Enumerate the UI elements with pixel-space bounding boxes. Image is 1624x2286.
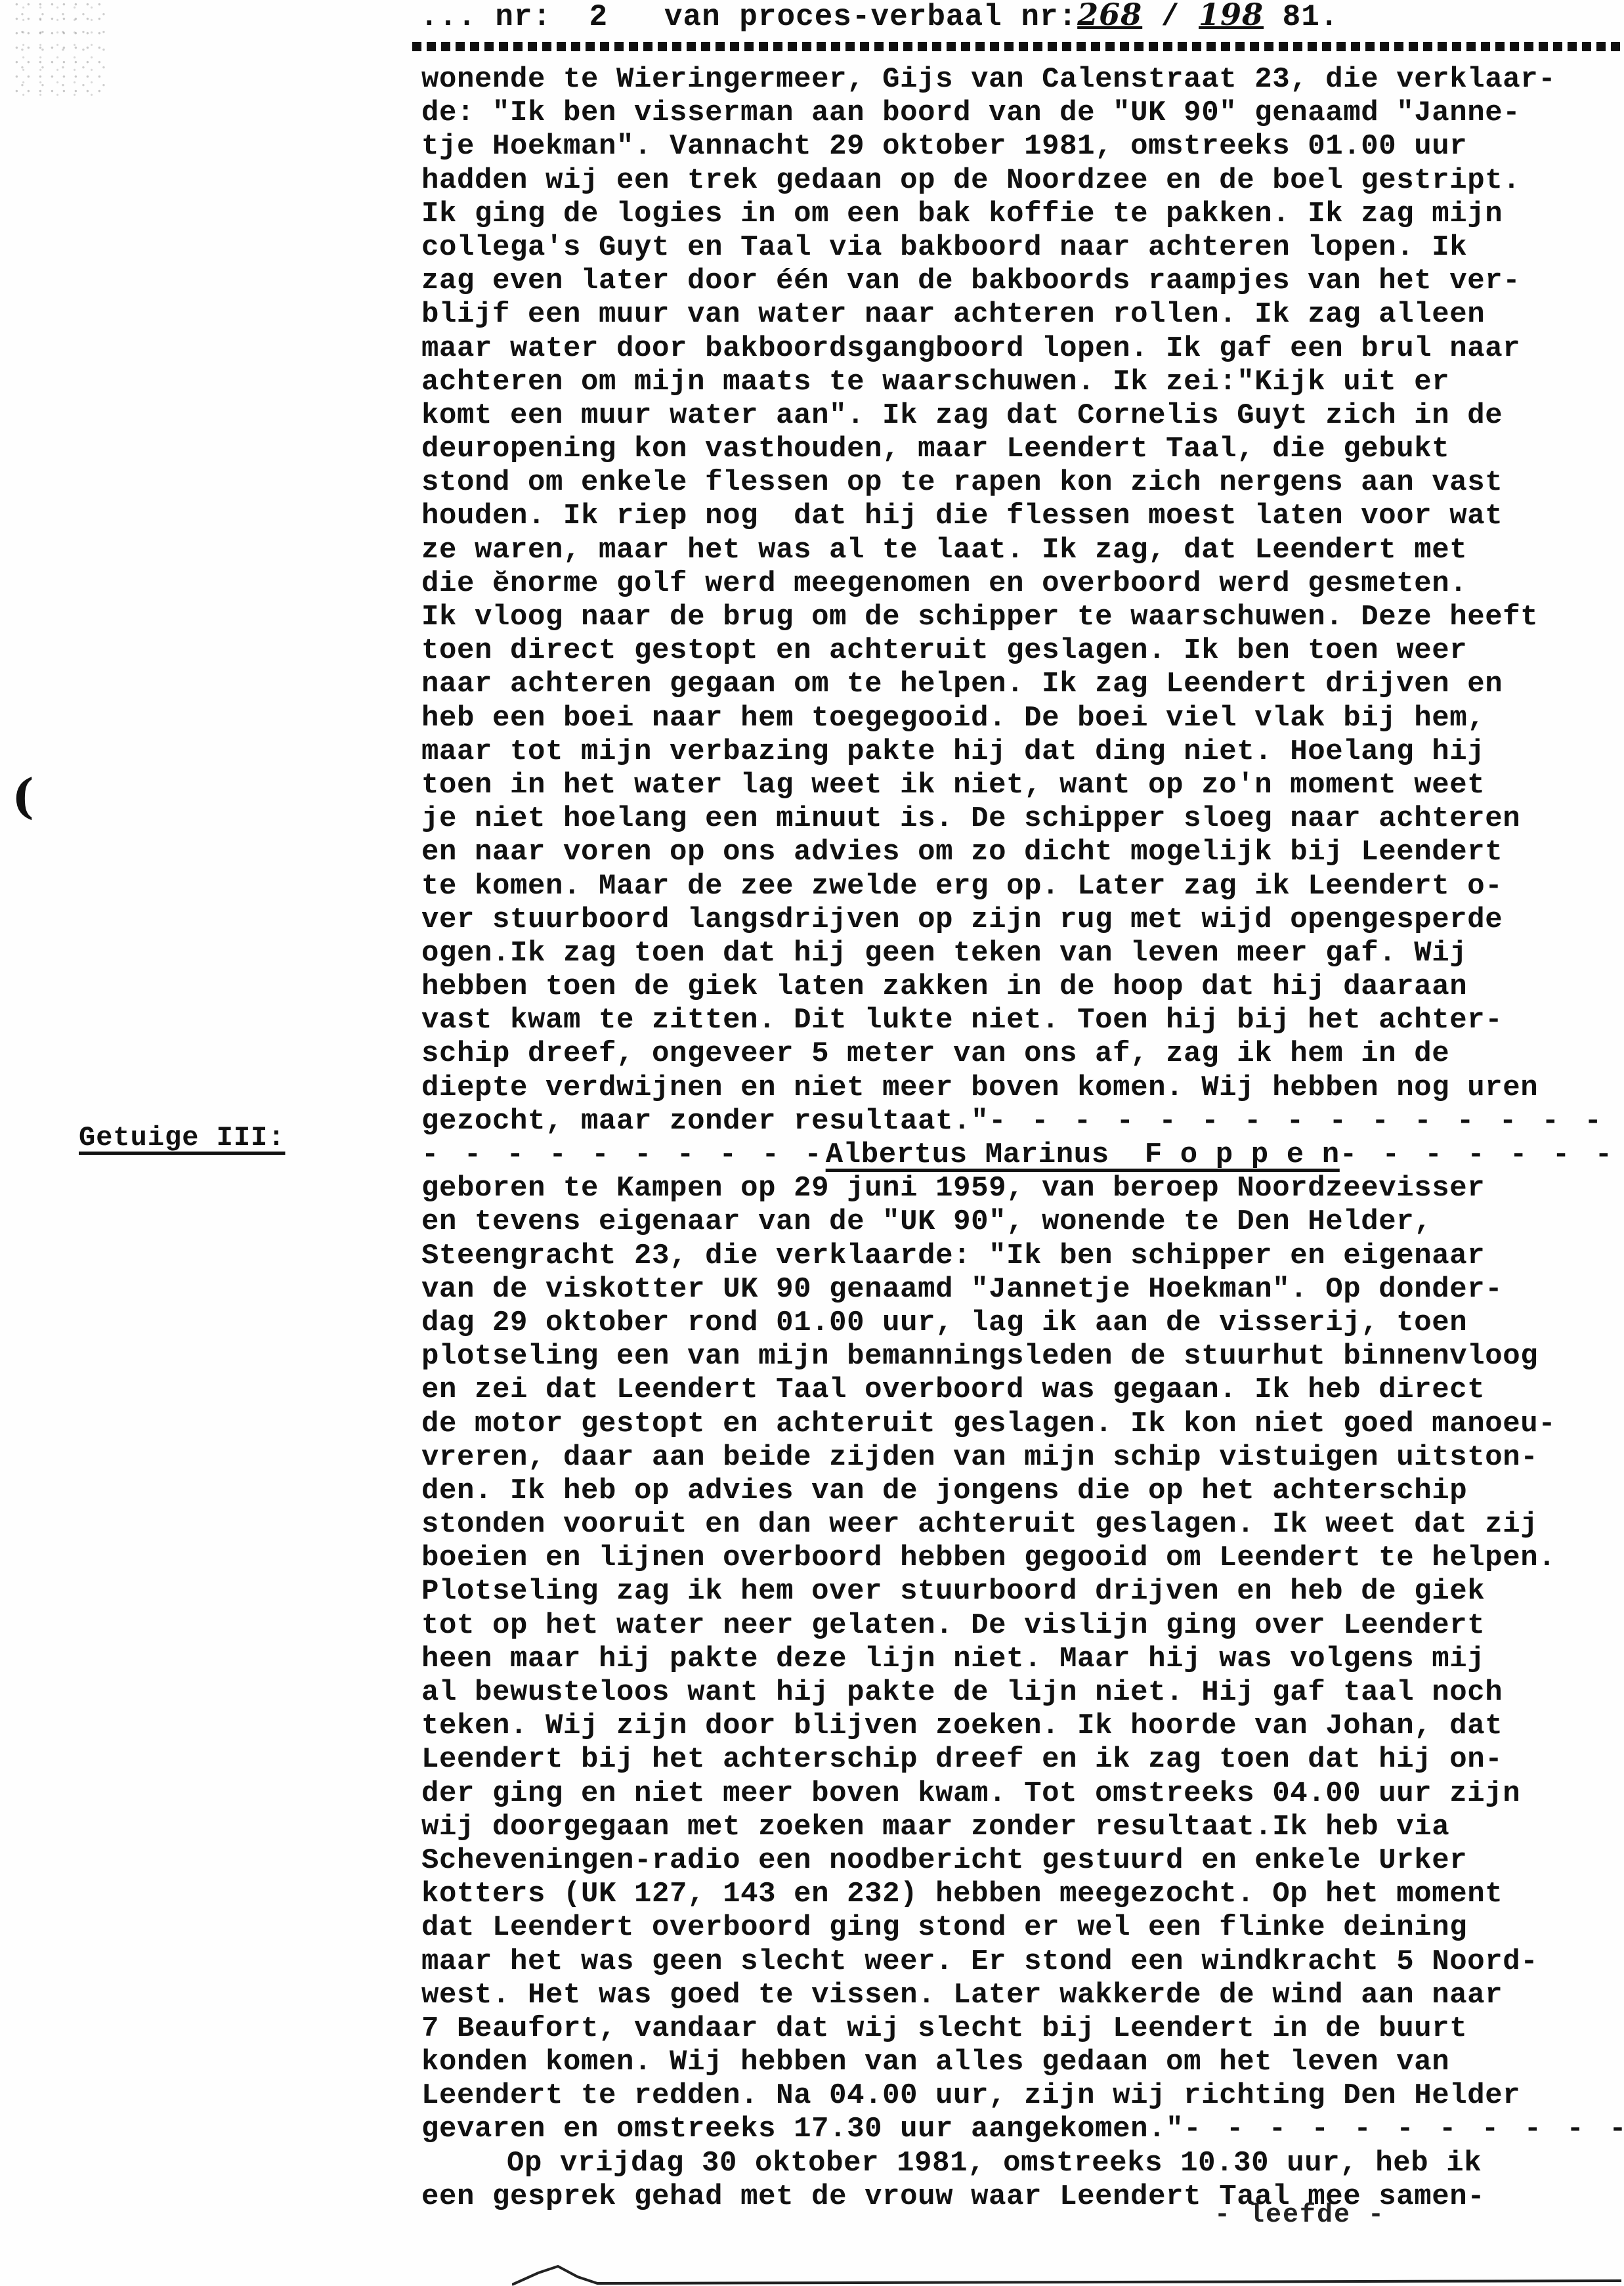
text-line: vreren, daar aan beide zijden van mijn s… xyxy=(421,1441,1623,1475)
text-line: Op vrijdag 30 oktober 1981, omstreeks 10… xyxy=(421,2147,1623,2180)
header-separator: / xyxy=(1142,0,1199,34)
text-line: en tevens eigenaar van de "UK 90", wonen… xyxy=(421,1205,1623,1239)
text-line: ze waren, maar het was al te laat. Ik za… xyxy=(421,534,1623,567)
text-line: die ĕnorme golf werd meegenomen en overb… xyxy=(421,567,1623,601)
pv-sequence-handwritten: 198 xyxy=(1199,0,1264,32)
header-divider xyxy=(412,42,1620,51)
text-line: naar achteren gegaan om te helpen. Ik za… xyxy=(421,668,1623,701)
text-line: west. Het was goed te vissen. Later wakk… xyxy=(421,1979,1623,2012)
text-line: ver stuurboord langsdrijven op zijn rug … xyxy=(421,903,1623,937)
text-line: collega's Guyt en Taal via bakboord naar… xyxy=(421,231,1623,265)
text-line: heen maar hij pakte deze lijn niet. Maar… xyxy=(421,1643,1623,1676)
text-line: vast kwam te zitten. Dit lukte niet. Toe… xyxy=(421,1004,1623,1037)
text-line: en zei dat Leendert Taal overboord was g… xyxy=(421,1373,1623,1407)
text-line: hadden wij een trek gedaan op de Noordze… xyxy=(421,164,1623,198)
text-line: 7 Beaufort, vandaar dat wij slecht bij L… xyxy=(421,2012,1623,2046)
statement-three-closing: gevaren en omstreeks 17.30 uur aangekome… xyxy=(421,2113,1623,2146)
text-line: maar tot mijn verbazing pakte hij dat di… xyxy=(421,735,1623,769)
text-line: stond om enkele flessen op te rapen kon … xyxy=(421,466,1623,500)
text-line: Ik vloog naar de brug om de schipper te … xyxy=(421,601,1623,634)
scan-bottom-edge xyxy=(512,2258,1621,2286)
page-header: ... nr: 2 van proces-verbaal nr:268 / 19… xyxy=(420,1,1338,28)
text-line: kotters (UK 127, 143 en 232) hebben meeg… xyxy=(421,1878,1623,1911)
text-line: tje Hoekman". Vannacht 29 oktober 1981, … xyxy=(421,130,1623,163)
text-line: komt een muur water aan". Ik zag dat Cor… xyxy=(421,399,1623,433)
text-line: den. Ik heb op advies van de jongens die… xyxy=(421,1475,1623,1508)
text-line: maar water door bakboordsgangboord lopen… xyxy=(421,332,1623,366)
margin-bracket-mark: ( xyxy=(12,768,34,824)
document-page: ... nr: 2 van proces-verbaal nr:268 / 19… xyxy=(0,0,1624,2286)
text-line: wonende te Wieringermeer, Gijs van Calen… xyxy=(421,63,1623,97)
text-line: maar het was geen slecht weer. Er stond … xyxy=(421,1945,1623,1979)
text-line: te komen. Maar de zee zwelde erg op. Lat… xyxy=(421,870,1623,903)
witness-name: Albertus Marinus F o p p e n xyxy=(826,1138,1340,1171)
text-line: heb een boei naar hem toegegooid. De boe… xyxy=(421,702,1623,735)
text-line: houden. Ik riep nog dat hij die flessen … xyxy=(421,500,1623,533)
header-prefix: ... nr: 2 van proces-verbaal nr: xyxy=(420,0,1077,34)
witness-label: Getuige III: xyxy=(79,1121,285,1154)
text-line: stonden vooruit en dan weer achteruit ge… xyxy=(421,1508,1623,1542)
text-line: je niet hoelang een minuut is. De schipp… xyxy=(421,802,1623,836)
pv-number-handwritten: 268 xyxy=(1077,0,1142,32)
text-line: hebben toen de giek laten zakken in de h… xyxy=(421,970,1623,1004)
statement-two-closing: gezocht, maar zonder resultaat."- - - - … xyxy=(421,1105,1623,1138)
text-line: toen in het water lag weet ik niet, want… xyxy=(421,769,1623,802)
text-line: deuropening kon vasthouden, maar Leender… xyxy=(421,433,1623,466)
page-continuation: - leefde - xyxy=(1214,2201,1385,2230)
text-line: van de viskotter UK 90 genaamd "Jannetje… xyxy=(421,1273,1623,1306)
witness-three-heading: - - - - - - - - - -Albertus Marinus F o … xyxy=(421,1138,1623,1172)
text-line: de: "Ik ben visserman aan boord van de "… xyxy=(421,97,1623,130)
text-line: schip dreef, ongeveer 5 meter van ons af… xyxy=(421,1037,1623,1071)
text-line: blijf een muur van water naar achteren r… xyxy=(421,298,1623,332)
statement-two: wonende te Wieringermeer, Gijs van Calen… xyxy=(421,63,1623,1105)
statement-three: geboren te Kampen op 29 juni 1959, van b… xyxy=(421,1172,1623,2113)
text-line: Ik ging de logies in om een bak koffie t… xyxy=(421,198,1623,231)
text-line: der ging en niet meer boven kwam. Tot om… xyxy=(421,1777,1623,1811)
text-line: dag 29 oktober rond 01.00 uur, lag ik aa… xyxy=(421,1306,1623,1340)
text-line: een gesprek gehad met de vrouw waar Leen… xyxy=(421,2180,1623,2214)
text-line: toen direct gestopt en achteruit geslage… xyxy=(421,634,1623,668)
text-line: achteren om mijn maats te waarschuwen. I… xyxy=(421,366,1623,399)
text-line: boeien en lijnen overboord hebben gegooi… xyxy=(421,1542,1623,1575)
final-paragraph: Op vrijdag 30 oktober 1981, omstreeks 10… xyxy=(421,2147,1623,2214)
text-line: wij doorgegaan met zoeken maar zonder re… xyxy=(421,1811,1623,1844)
text-line: Plotseling zag ik hem over stuurboord dr… xyxy=(421,1575,1623,1608)
text-line: zag even later door één van de bakboords… xyxy=(421,265,1623,298)
text-line: al bewusteloos want hij pakte de lijn ni… xyxy=(421,1676,1623,1710)
text-line: teken. Wij zijn door blijven zoeken. Ik … xyxy=(421,1710,1623,1743)
text-line: plotseling een van mijn bemanningsleden … xyxy=(421,1340,1623,1373)
text-line: Steengracht 23, die verklaarde: "Ik ben … xyxy=(421,1240,1623,1273)
text-line: diepte verdwijnen en niet meer boven kom… xyxy=(421,1071,1623,1105)
text-line: dat Leendert overboord ging stond er wel… xyxy=(421,1911,1623,1945)
text-line: Scheveningen-radio een noodbericht gestu… xyxy=(421,1844,1623,1878)
scan-speckle xyxy=(13,0,105,98)
text-line: tot op het water neer gelaten. De vislij… xyxy=(421,1609,1623,1643)
header-year: 81. xyxy=(1264,0,1338,34)
text-line: konden komen. Wij hebben van alles gedaa… xyxy=(421,2046,1623,2079)
text-line: Leendert bij het achterschip dreef en ik… xyxy=(421,1743,1623,1777)
text-line: geboren te Kampen op 29 juni 1959, van b… xyxy=(421,1172,1623,1205)
text-line: ogen.Ik zag toen dat hij geen teken van … xyxy=(421,937,1623,970)
text-line: de motor gestopt en achteruit geslagen. … xyxy=(421,1408,1623,1441)
text-line: en naar voren op ons advies om zo dicht … xyxy=(421,836,1623,869)
document-body: wonende te Wieringermeer, Gijs van Calen… xyxy=(421,63,1623,2214)
text-line: Leendert te redden. Na 04.00 uur, zijn w… xyxy=(421,2079,1623,2113)
